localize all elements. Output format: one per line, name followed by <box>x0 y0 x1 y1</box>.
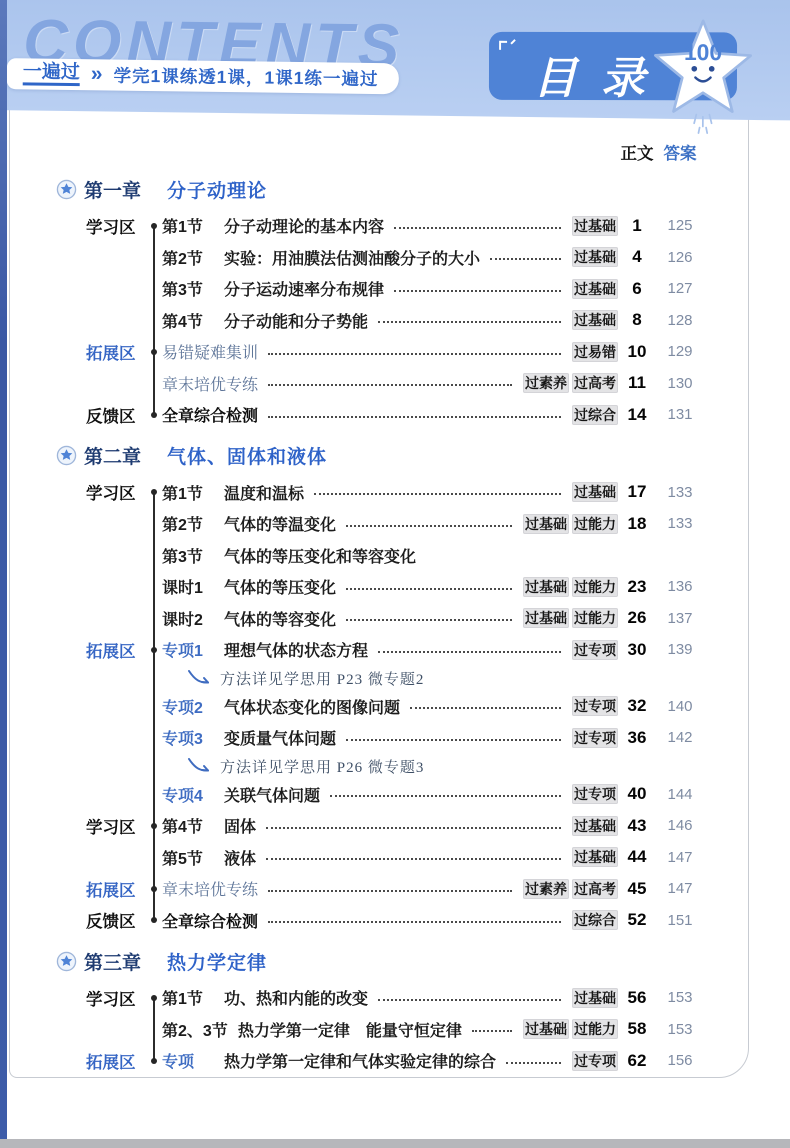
row-badges: 过专项 <box>569 1051 618 1071</box>
leader-dots <box>330 795 561 797</box>
badge: 过专项 <box>572 1051 618 1071</box>
row-badges: 过易错 <box>569 342 618 362</box>
page-number-main: 18 <box>618 514 656 534</box>
row-prefix: 专项3 <box>162 726 214 749</box>
badge: 过基础 <box>572 482 618 502</box>
row-title: 热力学第一定律和气体实验定律的综合 <box>224 1049 496 1072</box>
page-number-answer: 136 <box>656 578 704 595</box>
leader-dots <box>410 707 561 709</box>
section-bullet-column <box>146 1058 162 1064</box>
section-bullet <box>151 917 157 923</box>
row-title: 全章综合检测 <box>162 403 258 426</box>
row-title: 理想气体的状态方程 <box>224 638 368 661</box>
section-bullet <box>151 349 157 355</box>
section-bullet <box>151 995 157 1001</box>
page-number-main: 6 <box>618 279 656 299</box>
page-number-answer: 151 <box>656 912 704 929</box>
chapter-heading: 第二章 气体、固体和液体 <box>0 438 790 474</box>
section-label: 反馈区 <box>86 908 146 932</box>
page-number-answer: 147 <box>656 880 704 897</box>
page-number-main: 62 <box>618 1051 656 1071</box>
section-connector-line <box>153 492 155 920</box>
page-number-answer: 133 <box>656 515 704 532</box>
row-prefix: 第2节 <box>162 512 214 535</box>
row-title: 关联气体问题 <box>224 783 320 806</box>
toc-row: 拓展区 专项 热力学第一定律和气体实验定律的综合 过专项 62 156 <box>0 1045 790 1077</box>
chapter-rows: 学习区 第1节 分子动理论的基本内容 过基础 1 125 第2节 实验：用油膜法… <box>0 210 790 431</box>
page-number-answer: 153 <box>656 989 704 1006</box>
row-title: 气体的等压变化和等容变化 <box>224 544 416 567</box>
row-prefix: 专项 <box>162 1049 214 1072</box>
row-prefix: 第3节 <box>162 544 214 567</box>
row-prefix: 第1节 <box>162 481 214 504</box>
row-badges: 过基础 <box>569 310 618 330</box>
leader-dots <box>472 1030 512 1032</box>
chapter-title: 分子动理论 <box>167 176 267 203</box>
page-number-answer: 153 <box>656 1021 704 1038</box>
page-number-main: 11 <box>618 373 656 393</box>
page-number-main: 8 <box>618 310 656 330</box>
leader-dots <box>490 258 561 260</box>
page-number-main: 23 <box>618 577 656 597</box>
note-arrow-icon <box>186 757 212 775</box>
page-number-answer: 147 <box>656 849 704 866</box>
page-number-answer: 128 <box>656 312 704 329</box>
leader-dots <box>378 651 561 653</box>
toc-row: 拓展区 专项1 理想气体的状态方程 过专项 30 139 <box>0 634 790 666</box>
page-number-main: 45 <box>618 879 656 899</box>
badge: 过能力 <box>572 608 618 628</box>
page-number-answer: 125 <box>656 217 704 234</box>
section-bullet-column <box>146 917 162 923</box>
row-prefix: 专项1 <box>162 638 214 661</box>
page-number-answer: 130 <box>656 375 704 392</box>
chapter-title: 热力学定律 <box>167 948 267 975</box>
row-prefix: 第5节 <box>162 846 214 869</box>
leader-dots <box>378 321 561 323</box>
row-title: 全章综合检测 <box>162 909 258 932</box>
badge: 过基础 <box>572 247 618 267</box>
row-badges: 过基础 <box>569 279 618 299</box>
badge: 过综合 <box>572 910 618 930</box>
chapter: 第二章 气体、固体和液体 学习区 第1节 温度和温标 过基础 17 133 第2… <box>0 438 790 937</box>
section-label: 学习区 <box>86 814 146 838</box>
page-number-main: 1 <box>618 216 656 236</box>
page-number-answer: 142 <box>656 729 704 746</box>
section-connector-line <box>153 998 155 1061</box>
section-label: 反馈区 <box>86 403 146 427</box>
section-bullet-column <box>146 886 162 892</box>
section-connector-line <box>153 226 155 415</box>
row-badges: 过基础 过能力 <box>520 1019 618 1039</box>
leader-dots <box>268 921 561 923</box>
chapter-heading: 第一章 分子动理论 <box>0 171 790 207</box>
section-label: 拓展区 <box>86 638 146 662</box>
row-title: 变质量气体问题 <box>224 726 336 749</box>
page-number-main: 17 <box>618 482 656 502</box>
toc-row: 拓展区 章末培优专练 过素养 过高考 45 147 <box>0 873 790 905</box>
leader-dots <box>268 416 561 418</box>
row-title: 固体 <box>224 814 256 837</box>
row-badges: 过基础 过能力 <box>520 608 618 628</box>
row-badges: 过基础 <box>569 247 618 267</box>
page-number-answer: 129 <box>656 343 704 360</box>
row-title: 章末培优专练 <box>162 877 258 900</box>
toc-row: 专项3 变质量气体问题 过专项 36 142 <box>0 722 790 754</box>
chapter-rows: 学习区 第1节 功、热和内能的改变 过基础 56 153 第2、3节 热力学第一… <box>0 982 790 1077</box>
row-title: 分子运动速率分布规律 <box>224 277 384 300</box>
page-number-main: 58 <box>618 1019 656 1039</box>
badge: 过专项 <box>572 728 618 748</box>
badge: 过基础 <box>572 216 618 236</box>
section-bullet-column <box>146 349 162 355</box>
badge: 过基础 <box>523 514 569 534</box>
leader-dots <box>394 290 561 292</box>
brand-tagline: 学完1课练透1课，1课1练一遍过 <box>113 63 378 91</box>
row-badges: 过基础 <box>569 988 618 1008</box>
section-bullet <box>151 412 157 418</box>
row-badges: 过素养 过高考 <box>520 879 618 899</box>
page-number-answer: 137 <box>656 610 704 627</box>
row-prefix: 第2、3节 <box>162 1018 228 1041</box>
toc-row: 课时2 气体的等容变化 过基础 过能力 26 137 <box>0 603 790 635</box>
toc-row: 课时1 气体的等压变化 过基础 过能力 23 136 <box>0 571 790 603</box>
section-bullet <box>151 1058 157 1064</box>
row-prefix: 第3节 <box>162 277 214 300</box>
page-number-answer: 140 <box>656 698 704 715</box>
badge: 过能力 <box>572 514 618 534</box>
toc-row: 第2、3节 热力学第一定律 能量守恒定律 过基础 过能力 58 153 <box>0 1014 790 1046</box>
toc-row: 反馈区 全章综合检测 过综合 14 131 <box>0 399 790 431</box>
page-number-answer: 133 <box>656 484 704 501</box>
header-band: CONTENTS 一遍过 » 学完1课练透1课，1课1练一遍过 目录 100 <box>0 0 790 121</box>
row-title: 温度和温标 <box>224 481 304 504</box>
row-title: 气体的等压变化 <box>224 575 336 598</box>
leader-dots <box>346 588 512 590</box>
brand-logo: 一遍过 <box>23 62 80 86</box>
section-bullet-column <box>146 223 162 229</box>
book-spine-edge <box>0 0 7 1148</box>
toc-chapters: 第一章 分子动理论 学习区 第1节 分子动理论的基本内容 过基础 1 125 第… <box>0 171 790 1077</box>
mascot-score-text: 100 <box>684 39 722 65</box>
badge: 过基础 <box>523 608 569 628</box>
badge: 过基础 <box>572 816 618 836</box>
section-bullet <box>151 223 157 229</box>
section-bullet-column <box>146 647 162 653</box>
page-number-answer: 144 <box>656 786 704 803</box>
double-chevron-icon: » <box>91 63 103 84</box>
row-title: 分子动能和分子势能 <box>224 309 368 332</box>
chapter-mascot-icon <box>56 445 77 466</box>
toc-row: 拓展区 易错疑难集训 过易错 10 129 <box>0 336 790 368</box>
page-number-main: 32 <box>618 696 656 716</box>
page-number-main: 36 <box>618 728 656 748</box>
page-number-main: 4 <box>618 247 656 267</box>
toc-row: 学习区 第1节 温度和温标 过基础 17 133 <box>0 477 790 509</box>
corner-mark-icon <box>499 39 517 51</box>
badge: 过综合 <box>572 405 618 425</box>
page-number-main: 40 <box>618 784 656 804</box>
row-badges: 过基础 <box>569 482 618 502</box>
toc-row: 第3节 分子运动速率分布规律 过基础 6 127 <box>0 273 790 305</box>
page-number-answer: 126 <box>656 249 704 266</box>
page-number-main: 26 <box>618 608 656 628</box>
section-label: 拓展区 <box>86 340 146 364</box>
page-number-main: 14 <box>618 405 656 425</box>
chapter-mascot-icon <box>56 951 77 972</box>
toc-row: 章末培优专练 过素养 过高考 11 130 <box>0 368 790 400</box>
row-badges: 过专项 <box>569 728 618 748</box>
toc-row: 反馈区 全章综合检测 过综合 52 151 <box>0 905 790 937</box>
toc-row: 专项4 关联气体问题 过专项 40 144 <box>0 779 790 811</box>
page-column-headers: 正文 答案 <box>0 140 790 164</box>
section-bullet-column <box>146 489 162 495</box>
row-badges: 过素养 过高考 <box>520 373 618 393</box>
badge: 过基础 <box>572 279 618 299</box>
column-header-answer: 答案 <box>656 140 704 164</box>
toc-row: 第2节 实验：用油膜法估测油酸分子的大小 过基础 4 126 <box>0 242 790 274</box>
leader-dots <box>266 827 561 829</box>
badge: 过基础 <box>572 988 618 1008</box>
chapter-title: 气体、固体和液体 <box>167 442 327 469</box>
row-title: 分子动理论的基本内容 <box>224 214 384 237</box>
row-badges: 过专项 <box>569 784 618 804</box>
chapter-rows: 学习区 第1节 温度和温标 过基础 17 133 第2节 气体的等温变化 过基础… <box>0 477 790 937</box>
badge: 过专项 <box>572 696 618 716</box>
leader-dots <box>314 493 561 495</box>
toc-row: 第5节 液体 过基础 44 147 <box>0 842 790 874</box>
badge: 过素养 <box>523 879 569 899</box>
toc-row: 第4节 分子动能和分子势能 过基础 8 128 <box>0 305 790 337</box>
leader-dots <box>346 739 561 741</box>
section-bullet-column <box>146 412 162 418</box>
method-note-row: 方法详见学思用 P26 微专题3 <box>0 754 790 779</box>
row-title: 实验：用油膜法估测油酸分子的大小 <box>224 246 480 269</box>
chapter-number: 第三章 <box>84 948 141 975</box>
section-bullet-column <box>146 995 162 1001</box>
row-badges: 过基础 过能力 <box>520 514 618 534</box>
row-prefix: 课时2 <box>162 607 214 630</box>
row-title: 气体的等温变化 <box>224 512 336 535</box>
row-prefix: 专项2 <box>162 695 214 718</box>
leader-dots <box>266 858 561 860</box>
row-prefix: 第1节 <box>162 214 214 237</box>
star-mascot-icon: 100 <box>647 14 759 136</box>
method-note-row: 方法详见学思用 P23 微专题2 <box>0 666 790 691</box>
column-header-main: 正文 <box>618 140 656 164</box>
badge: 过素养 <box>523 373 569 393</box>
toc-row: 专项2 气体状态变化的图像问题 过专项 32 140 <box>0 691 790 723</box>
brand-tagline-pill: 一遍过 » 学完1课练透1课，1课1练一遍过 <box>7 58 399 94</box>
chapter: 第一章 分子动理论 学习区 第1节 分子动理论的基本内容 过基础 1 125 第… <box>0 171 790 431</box>
badge: 过专项 <box>572 784 618 804</box>
toc-title-badge: 目录 100 <box>489 32 737 101</box>
toc-row: 学习区 第4节 固体 过基础 43 146 <box>0 810 790 842</box>
badge: 过能力 <box>572 577 618 597</box>
badge: 过基础 <box>572 847 618 867</box>
badge: 过专项 <box>572 640 618 660</box>
section-label: 学习区 <box>86 986 146 1010</box>
row-badges: 过基础 <box>569 847 618 867</box>
toc-row: 学习区 第1节 功、热和内能的改变 过基础 56 153 <box>0 982 790 1014</box>
badge: 过易错 <box>572 342 618 362</box>
section-label: 拓展区 <box>86 877 146 901</box>
row-title: 气体的等容变化 <box>224 607 336 630</box>
page-number-answer: 146 <box>656 817 704 834</box>
note-arrow-icon <box>186 669 212 687</box>
chapter-number: 第二章 <box>84 442 141 469</box>
row-title: 气体状态变化的图像问题 <box>224 695 400 718</box>
row-badges: 过基础 <box>569 816 618 836</box>
badge: 过基础 <box>523 1019 569 1039</box>
leader-dots <box>346 525 512 527</box>
badge: 过能力 <box>572 1019 618 1039</box>
page-number-answer: 139 <box>656 641 704 658</box>
badge: 过基础 <box>523 577 569 597</box>
page-number-main: 43 <box>618 816 656 836</box>
note-text: 方法详见学思用 P26 微专题3 <box>220 756 424 777</box>
row-prefix: 第2节 <box>162 246 214 269</box>
row-badges: 过专项 <box>569 640 618 660</box>
row-badges: 过基础 <box>569 216 618 236</box>
chapter-mascot-icon <box>56 179 77 200</box>
page-number-answer: 127 <box>656 280 704 297</box>
photo-bottom-edge <box>0 1139 790 1148</box>
page-number-main: 10 <box>618 342 656 362</box>
toc-row: 第2节 气体的等温变化 过基础 过能力 18 133 <box>0 508 790 540</box>
row-title: 液体 <box>224 846 256 869</box>
leader-dots <box>268 890 512 892</box>
row-prefix: 课时1 <box>162 575 214 598</box>
row-title: 功、热和内能的改变 <box>224 986 368 1009</box>
note-text: 方法详见学思用 P23 微专题2 <box>220 668 424 689</box>
row-badges: 过综合 <box>569 910 618 930</box>
section-label: 学习区 <box>86 480 146 504</box>
row-badges: 过基础 过能力 <box>520 577 618 597</box>
leader-dots <box>268 384 512 386</box>
section-bullet <box>151 823 157 829</box>
section-bullet-column <box>146 823 162 829</box>
toc-row: 学习区 第1节 分子动理论的基本内容 过基础 1 125 <box>0 210 790 242</box>
row-prefix: 第4节 <box>162 309 214 332</box>
toc-row: 第3节 气体的等压变化和等容变化 <box>0 540 790 572</box>
badge: 过高考 <box>572 879 618 899</box>
badge: 过高考 <box>572 373 618 393</box>
section-label: 学习区 <box>86 214 146 238</box>
row-title: 热力学第一定律 能量守恒定律 <box>238 1018 462 1041</box>
badge: 过基础 <box>572 310 618 330</box>
row-badges: 过综合 <box>569 405 618 425</box>
row-prefix: 第1节 <box>162 986 214 1009</box>
section-bullet <box>151 886 157 892</box>
chapter-heading: 第三章 热力学定律 <box>0 943 790 979</box>
leader-dots <box>268 353 561 355</box>
leader-dots <box>506 1062 561 1064</box>
section-bullet <box>151 647 157 653</box>
chapter-number: 第一章 <box>84 176 141 203</box>
chapter: 第三章 热力学定律 学习区 第1节 功、热和内能的改变 过基础 56 153 第… <box>0 943 790 1077</box>
page-number-answer: 131 <box>656 406 704 423</box>
leader-dots <box>378 999 561 1001</box>
leader-dots <box>346 619 512 621</box>
row-prefix: 专项4 <box>162 783 214 806</box>
section-bullet <box>151 489 157 495</box>
row-prefix: 第4节 <box>162 814 214 837</box>
page-number-main: 44 <box>618 847 656 867</box>
leader-dots <box>394 227 561 229</box>
page-number-main: 30 <box>618 640 656 660</box>
row-title: 易错疑难集训 <box>162 340 258 363</box>
page-number-main: 56 <box>618 988 656 1008</box>
page-number-answer: 156 <box>656 1052 704 1069</box>
section-label: 拓展区 <box>86 1049 146 1073</box>
page-number-main: 52 <box>618 910 656 930</box>
row-title: 章末培优专练 <box>162 372 258 395</box>
row-badges: 过专项 <box>569 696 618 716</box>
